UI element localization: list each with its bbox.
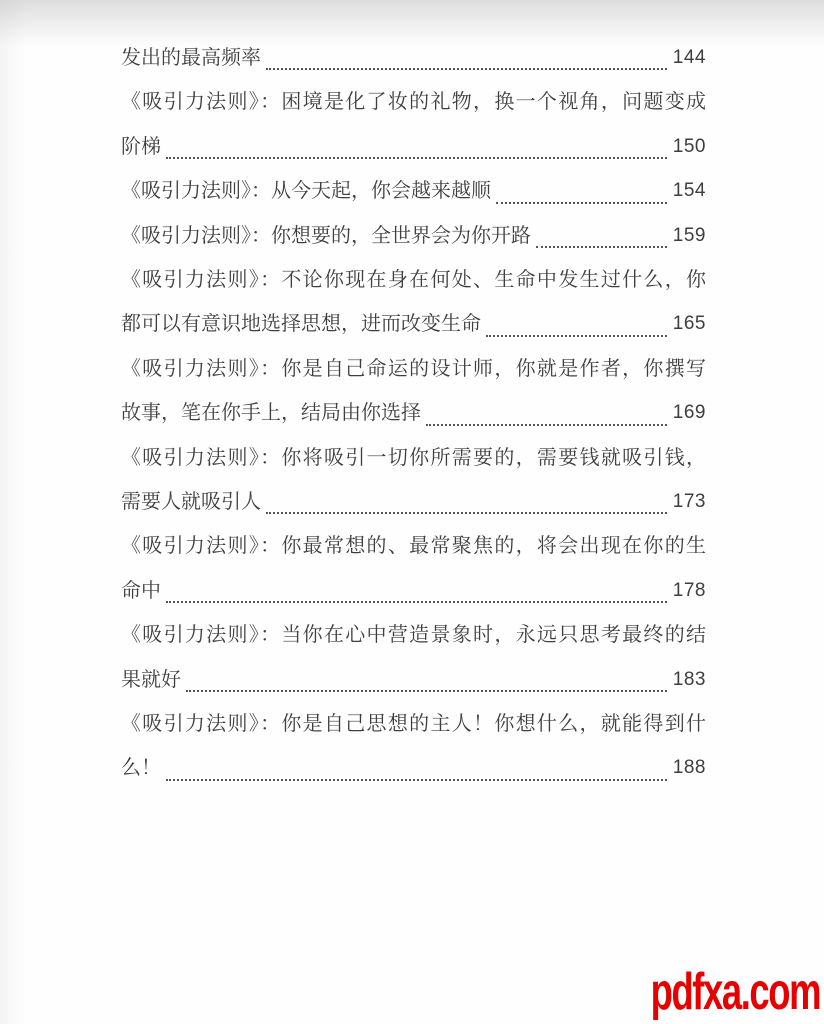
- toc-entry: 《吸引力法则》：困境是化了妆的礼物，换一个视角，问题变成阶梯150: [121, 80, 706, 169]
- toc-entry: 《吸引力法则》：你是自己命运的设计师，你就是作者，你撰写故事，笔在你手上，结局由…: [121, 347, 706, 436]
- toc-page-number: 165: [673, 302, 706, 346]
- toc-entry-last-line: 《吸引力法则》：你想要的，全世界会为你开路159: [121, 214, 706, 258]
- dot-leader: [166, 601, 667, 603]
- toc-entry: 《吸引力法则》：当你在心中营造景象时，永远只思考最终的结果就好183: [121, 613, 706, 702]
- dot-leader: [426, 424, 667, 426]
- toc-entry-last-line: 都可以有意识地选择思想，进而改变生命165: [121, 302, 706, 346]
- toc-entry-text-line: 《吸引力法则》：你是自己思想的主人！你想什么，就能得到什: [121, 702, 706, 746]
- toc-entry-last-line: 阶梯150: [121, 125, 706, 169]
- dot-leader: [186, 690, 667, 692]
- dot-leader: [536, 246, 667, 248]
- toc-entry-last-line: 发出的最高频率144: [121, 36, 706, 80]
- toc-entry-text-line: 《吸引力法则》：你将吸引一切你所需要的，需要钱就吸引钱，: [121, 436, 706, 480]
- toc-page-number: 173: [673, 480, 706, 524]
- toc-entry-last-line: 命中178: [121, 569, 706, 613]
- toc-entry-text: 需要人就吸引人: [121, 480, 261, 524]
- toc-entry-last-line: 《吸引力法则》：从今天起，你会越来越顺154: [121, 169, 706, 213]
- dot-leader: [486, 335, 667, 337]
- toc-entry-last-line: 果就好183: [121, 658, 706, 702]
- toc-entry-text: 故事，笔在你手上，结局由你选择: [121, 391, 421, 435]
- dot-leader: [166, 157, 667, 159]
- toc-page-number: 169: [673, 391, 706, 435]
- toc-page-number: 159: [673, 214, 706, 258]
- toc-page-number: 183: [673, 658, 706, 702]
- toc-entry-text: 果就好: [121, 658, 181, 702]
- toc-entry-text: 发出的最高频率: [121, 36, 261, 80]
- toc-entry: 《吸引力法则》：你将吸引一切你所需要的，需要钱就吸引钱，需要人就吸引人173: [121, 436, 706, 525]
- toc-entry-text: 么！: [121, 746, 161, 790]
- pdfxa-watermark: pdfxa.com: [651, 966, 820, 1018]
- toc-entry: 《吸引力法则》：你想要的，全世界会为你开路159: [121, 214, 706, 258]
- toc-entry: 《吸引力法则》：你是自己思想的主人！你想什么，就能得到什么！188: [121, 702, 706, 791]
- toc-entry-last-line: 么！188: [121, 746, 706, 790]
- toc-entry-last-line: 需要人就吸引人173: [121, 480, 706, 524]
- toc-entry-text: 都可以有意识地选择思想，进而改变生命: [121, 302, 481, 346]
- toc-page-number: 154: [673, 169, 706, 213]
- toc-entry-text-line: 《吸引力法则》：不论你现在身在何处、生命中发生过什么，你: [121, 258, 706, 302]
- toc-page-number: 144: [673, 36, 706, 80]
- toc-entry-last-line: 故事，笔在你手上，结局由你选择169: [121, 391, 706, 435]
- toc-entry-text: 《吸引力法则》：从今天起，你会越来越顺: [121, 169, 491, 213]
- toc-entry-text-line: 《吸引力法则》：你是自己命运的设计师，你就是作者，你撰写: [121, 347, 706, 391]
- dot-leader: [166, 779, 667, 781]
- toc-page-number: 178: [673, 569, 706, 613]
- toc-entry-text-line: 《吸引力法则》：当你在心中营造景象时，永远只思考最终的结: [121, 613, 706, 657]
- toc-page-number: 150: [673, 125, 706, 169]
- dot-leader: [496, 202, 667, 204]
- toc-entry: 发出的最高频率144: [121, 36, 706, 80]
- toc-entry: 《吸引力法则》：你最常想的、最常聚焦的，将会出现在你的生命中178: [121, 524, 706, 613]
- toc-entry-text: 命中: [121, 569, 161, 613]
- toc-entry-text-line: 《吸引力法则》：困境是化了妆的礼物，换一个视角，问题变成: [121, 80, 706, 124]
- scanned-document-page: 发出的最高频率144《吸引力法则》：困境是化了妆的礼物，换一个视角，问题变成阶梯…: [0, 0, 824, 1024]
- toc-list: 发出的最高频率144《吸引力法则》：困境是化了妆的礼物，换一个视角，问题变成阶梯…: [121, 36, 706, 791]
- toc-entry: 《吸引力法则》：从今天起，你会越来越顺154: [121, 169, 706, 213]
- toc-page-number: 188: [673, 746, 706, 790]
- dot-leader: [266, 68, 667, 70]
- toc-entry-text-line: 《吸引力法则》：你最常想的、最常聚焦的，将会出现在你的生: [121, 524, 706, 568]
- toc-entry: 《吸引力法则》：不论你现在身在何处、生命中发生过什么，你都可以有意识地选择思想，…: [121, 258, 706, 347]
- toc-entry-text: 《吸引力法则》：你想要的，全世界会为你开路: [121, 214, 531, 258]
- toc-entry-text: 阶梯: [121, 125, 161, 169]
- dot-leader: [266, 512, 667, 514]
